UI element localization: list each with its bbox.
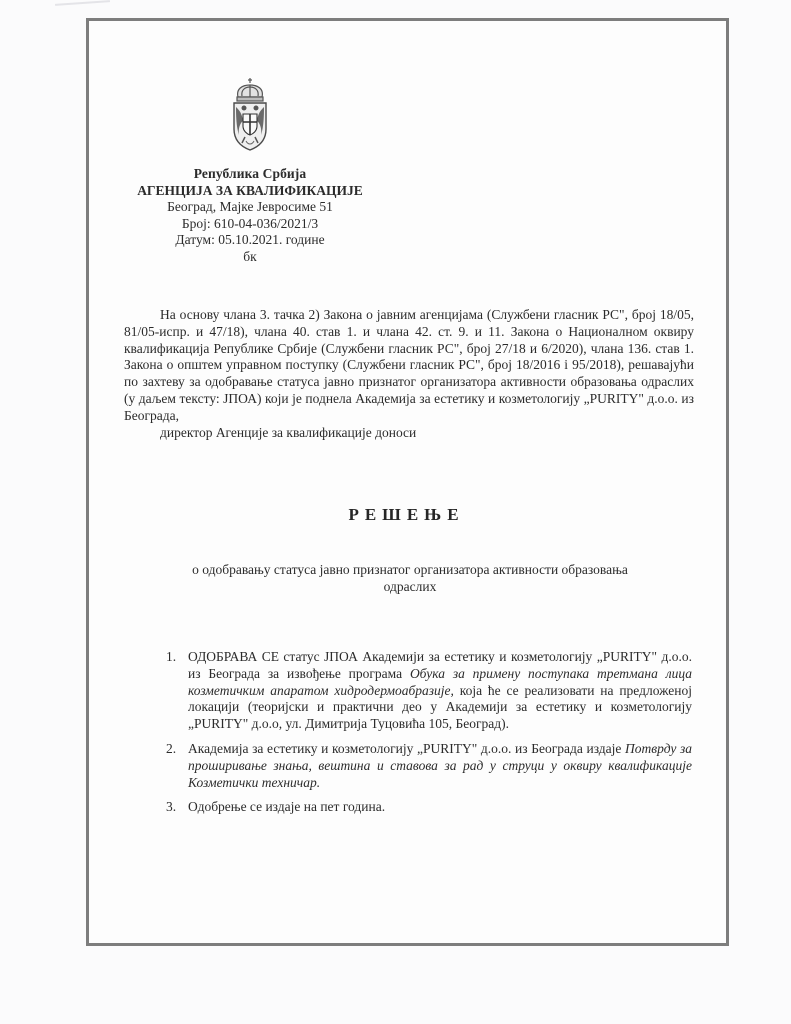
agency-address: Београд, Мајке Јевросиме 51 <box>140 199 360 216</box>
decision-subtitle: о одобравању статуса јавно признатог орг… <box>170 562 650 596</box>
document-date: Датум: 05.10.2021. године <box>140 232 360 249</box>
item-number: 3. <box>166 799 176 816</box>
item-text: Одобрење се издаје на пет година. <box>188 799 385 814</box>
legal-preamble: На основу члана 3. тачка 2) Закона о јав… <box>124 307 694 425</box>
agency-name: АГЕНЦИЈА ЗА КВАЛИФИКАЦИЈЕ <box>134 183 366 200</box>
author-initials: бк <box>140 249 360 266</box>
document-number: Број: 610-04-036/2021/3 <box>140 216 360 233</box>
serbian-coat-of-arms-icon <box>230 77 270 151</box>
list-item: 2. Академија за естетику и козметологију… <box>160 741 692 791</box>
item-text: ОДОБРАВА СЕ статус ЈПОА Академији за ест… <box>188 649 692 731</box>
decision-title: РЕШЕЊЕ <box>0 505 791 525</box>
item-number: 1. <box>166 649 176 666</box>
issuer-header: Република Србија АГЕНЦИЈА ЗА КВАЛИФИКАЦИ… <box>140 166 360 265</box>
list-item: 3. Одобрење се издаје на пет година. <box>160 799 692 816</box>
item-text-plain: Академија за естетику и козметологију „P… <box>188 741 625 756</box>
item-text: Академија за естетику и козметологију „P… <box>188 741 692 790</box>
country-name: Република Србија <box>140 166 360 183</box>
item-text-plain: Одобрење се издаје на пет година. <box>188 799 385 814</box>
decision-items: 1. ОДОБРАВА СЕ статус ЈПОА Академији за … <box>160 649 692 824</box>
scan-artifact <box>55 0 110 6</box>
director-statement: директор Агенције за квалификације донос… <box>160 425 416 442</box>
item-number: 2. <box>166 741 176 758</box>
list-item: 1. ОДОБРАВА СЕ статус ЈПОА Академији за … <box>160 649 692 733</box>
